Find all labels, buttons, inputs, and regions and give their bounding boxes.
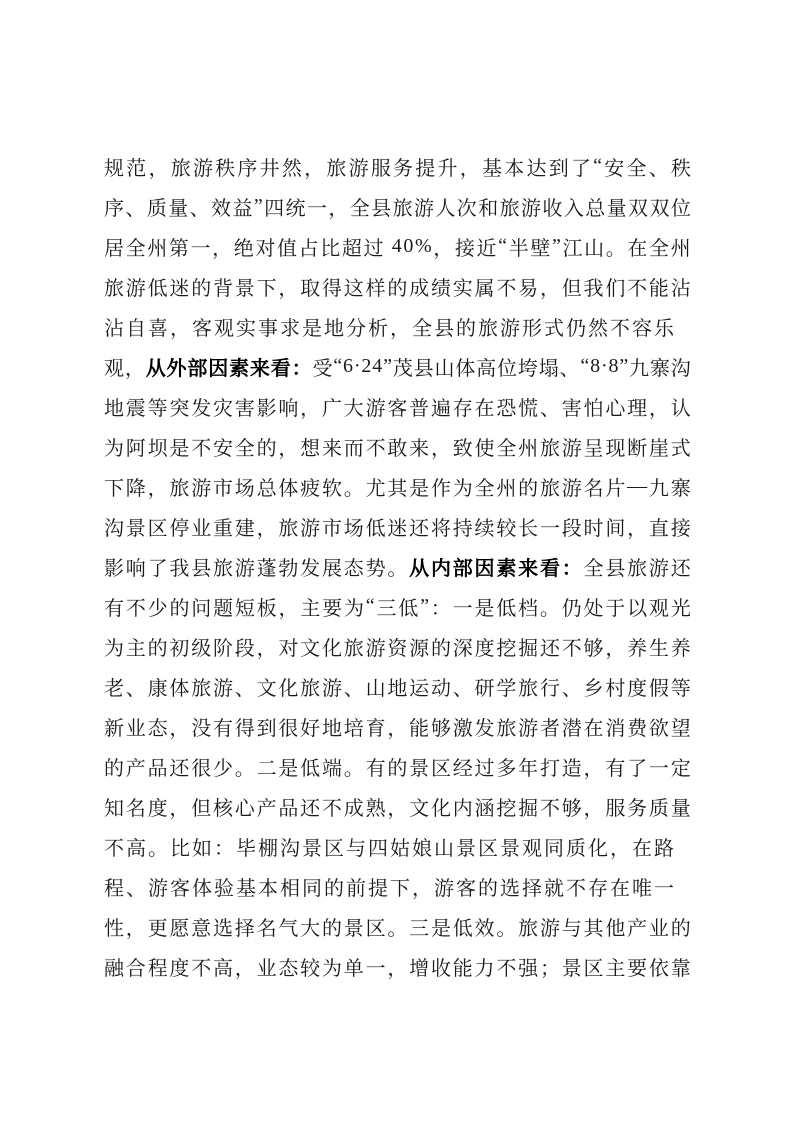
body-char: 熟 — [366, 792, 386, 821]
body-char: 光 — [671, 592, 691, 621]
body-char: 的 — [169, 592, 189, 621]
body-char: ， — [328, 192, 348, 221]
body-char: 不 — [540, 792, 560, 821]
body-char: 4 — [372, 355, 382, 378]
body-char: 档 — [518, 592, 538, 621]
body-char: 量 — [168, 192, 188, 221]
body-char: 涵 — [475, 792, 495, 821]
body-char: 旅 — [171, 152, 191, 181]
body-char: ， — [300, 392, 320, 421]
body-char: 但 — [191, 792, 211, 821]
body-char: 望 — [671, 712, 691, 741]
body-char: 不 — [627, 272, 647, 301]
body-char: 续 — [475, 512, 495, 541]
body-char: 秩 — [215, 152, 235, 181]
body-char: 不 — [496, 272, 516, 301]
body-char: 全 — [584, 552, 604, 581]
body-char: “ — [333, 355, 342, 378]
body-char: 发 — [300, 552, 320, 581]
body-char: 主 — [126, 632, 146, 661]
body-char: 慌 — [518, 392, 538, 421]
body-char: ， — [387, 952, 407, 981]
body-char: 、 — [126, 672, 146, 701]
body-char: 。 — [235, 752, 255, 781]
body-char: 客 — [387, 392, 407, 421]
emphasis-char: 从 — [409, 552, 429, 581]
body-char: 题 — [213, 592, 233, 621]
body-char: 沟 — [280, 832, 300, 861]
text-line: 沾自喜，客观实事求是地分析，全县的旅游形式仍然不容乐 — [104, 306, 691, 346]
body-char: 就 — [544, 872, 564, 901]
body-char: 业 — [126, 712, 146, 741]
body-char: 一 — [540, 512, 560, 541]
body-char: 旅 — [104, 272, 124, 301]
body-char: 的 — [324, 872, 344, 901]
body-char: 全 — [235, 432, 255, 461]
text-line: 为阿坝是不安全的，想来而不敢来，致使全州旅游呈现断崖式 — [104, 426, 691, 466]
body-char: 打 — [540, 752, 560, 781]
body-char: 融 — [104, 952, 124, 981]
emphasis-char: 从 — [146, 352, 166, 381]
body-char: 三 — [376, 592, 396, 621]
body-char: 人 — [435, 192, 455, 221]
body-char: 源 — [409, 632, 429, 661]
body-char: 将 — [431, 512, 451, 541]
body-char: 沾 — [671, 272, 691, 301]
body-char: 愿 — [169, 912, 189, 941]
body-char: 软 — [322, 472, 342, 501]
body-char: 体 — [169, 672, 189, 701]
body-char: 得 — [235, 712, 255, 741]
body-char: 年 — [518, 752, 538, 781]
body-char: 实 — [453, 272, 473, 301]
body-char: 能 — [409, 712, 429, 741]
body-char: 旅 — [169, 472, 189, 501]
body-char: 运 — [409, 672, 429, 701]
body-char: 观 — [522, 832, 542, 861]
body-char: ， — [278, 432, 298, 461]
body-char: 培 — [344, 712, 364, 741]
body-char: ， — [169, 792, 189, 821]
body-char: 游 — [500, 312, 520, 341]
body-char: 山 — [434, 352, 454, 381]
body-char: 低 — [453, 912, 473, 941]
body-char: 。 — [344, 472, 364, 501]
body-char: ： — [214, 832, 234, 861]
body-char: 属 — [475, 272, 495, 301]
body-char: 游 — [540, 912, 560, 941]
body-char: 然 — [588, 312, 608, 341]
body-char: 沟 — [671, 352, 691, 381]
body-char: 、 — [562, 672, 582, 701]
body-char: 观 — [214, 312, 234, 341]
body-char: 同 — [544, 832, 564, 861]
body-char: 基 — [482, 152, 502, 181]
body-char: 的 — [387, 752, 407, 781]
body-char: 路 — [654, 832, 674, 861]
body-char: 旅 — [627, 552, 647, 581]
body-char: 不 — [322, 792, 342, 821]
body-char: 我 — [169, 552, 189, 581]
body-char: 呈 — [584, 432, 604, 461]
body-char: 乡 — [584, 672, 604, 701]
body-char: 比 — [170, 832, 190, 861]
body-char: 塌 — [539, 352, 559, 381]
body-char: 2 — [361, 355, 371, 378]
body-char: 够 — [584, 632, 604, 661]
body-char: 寨 — [671, 472, 691, 501]
body-char: 能 — [649, 272, 669, 301]
body-char: 是 — [474, 592, 494, 621]
body-char: 形 — [522, 312, 542, 341]
body-char: 姑 — [390, 832, 410, 861]
body-char: 服 — [371, 152, 391, 181]
body-char: 求 — [280, 312, 300, 341]
body-char: 区 — [324, 832, 344, 861]
body-char: 州 — [147, 232, 167, 261]
body-char: 超 — [342, 232, 362, 261]
body-char: 作 — [431, 472, 451, 501]
body-char: 新 — [104, 712, 124, 741]
text-line: 程、游客体验基本相同的前提下，游客的选择就不存在唯一 — [104, 866, 691, 906]
body-char: 老 — [104, 672, 124, 701]
emphasis-char: 来 — [518, 552, 538, 581]
body-char: 存 — [453, 392, 473, 421]
emphasis-char: 看 — [540, 552, 560, 581]
body-char: ， — [212, 232, 232, 261]
body-char: 是 — [169, 432, 189, 461]
body-char: 低 — [366, 512, 386, 541]
body-char: 而 — [344, 432, 364, 461]
body-char: 择 — [235, 912, 255, 941]
body-char: 到 — [257, 712, 277, 741]
body-char: 体 — [278, 472, 298, 501]
body-char: ， — [148, 152, 168, 181]
body-char: 建 — [235, 512, 255, 541]
body-char: 名 — [257, 912, 277, 941]
body-char: 取 — [300, 272, 320, 301]
body-char: 很 — [191, 752, 211, 781]
body-char: 为 — [104, 432, 124, 461]
body-char: 认 — [671, 392, 691, 421]
body-char: 九 — [649, 472, 669, 501]
body-char: 景 — [456, 832, 476, 861]
body-char: 度 — [148, 792, 168, 821]
body-char: 场 — [344, 512, 364, 541]
body-char: 高 — [213, 952, 233, 981]
body-char: 式 — [544, 312, 564, 341]
body-char: 突 — [169, 392, 189, 421]
body-char: 来 — [409, 432, 429, 461]
emphasis-char: 部 — [453, 552, 473, 581]
body-char: 值 — [277, 232, 297, 261]
body-char: 的 — [671, 912, 691, 941]
body-char: 灾 — [213, 392, 233, 421]
emphasis-char: 素 — [496, 552, 516, 581]
body-char: 位 — [671, 192, 691, 221]
body-char: 景 — [409, 752, 429, 781]
body-char: 发 — [191, 392, 211, 421]
body-char: 游 — [148, 872, 168, 901]
body-char: 学 — [496, 672, 516, 701]
body-char: 来 — [322, 432, 342, 461]
body-char: ， — [540, 272, 560, 301]
body-char: 心 — [235, 792, 255, 821]
body-char: 大 — [344, 392, 364, 421]
body-char: 行 — [540, 672, 560, 701]
body-char: 对 — [278, 632, 298, 661]
text-line: 沟景区停业重建，旅游市场低迷还将持续较长一段时间，直接 — [104, 506, 691, 546]
body-char: 、 — [540, 392, 560, 421]
body-char: ， — [610, 832, 630, 861]
body-char: 自 — [126, 312, 146, 341]
body-char: 效 — [211, 192, 231, 221]
body-char: 的 — [148, 632, 168, 661]
body-char: ， — [235, 952, 255, 981]
body-char: 。 — [496, 912, 516, 941]
body-char: 游 — [521, 192, 541, 221]
body-char: 有 — [605, 752, 625, 781]
emphasis-char: 来 — [250, 352, 270, 381]
body-char: 、 — [649, 152, 669, 181]
body-char: 质 — [147, 192, 167, 221]
body-char: 断 — [627, 432, 647, 461]
body-char: 地 — [387, 672, 407, 701]
body-char: 产 — [257, 792, 277, 821]
body-char: 九 — [629, 352, 649, 381]
body-char: 势 — [366, 552, 386, 581]
body-char: 村 — [605, 672, 625, 701]
body-char: 样 — [366, 272, 386, 301]
body-char: 养 — [627, 632, 647, 661]
body-char: 县 — [605, 552, 625, 581]
body-char: 靠 — [671, 952, 691, 981]
body-char: 了 — [627, 752, 647, 781]
body-char: 能 — [453, 952, 473, 981]
body-char: 害 — [562, 392, 582, 421]
text-line: 影响了我县旅游蓬勃发展态势。从内部因素来看：全县旅游还 — [104, 546, 691, 586]
body-char: 够 — [562, 792, 582, 821]
body-char: 旅 — [300, 672, 320, 701]
body-char: ， — [125, 352, 145, 381]
body-char: 。 — [387, 912, 407, 941]
body-char: 存 — [588, 872, 608, 901]
body-char: 、 — [235, 672, 255, 701]
body-char: 效 — [475, 912, 495, 941]
body-char: 成 — [344, 792, 364, 821]
body-char: 态 — [278, 952, 298, 981]
body-char: 4 — [392, 235, 402, 258]
body-char: 、 — [453, 672, 473, 701]
body-char: 主 — [605, 952, 625, 981]
body-char: 响 — [126, 552, 146, 581]
body-char: 处 — [583, 592, 603, 621]
body-char: 前 — [346, 872, 366, 901]
body-char: 依 — [649, 952, 669, 981]
body-char: 、 — [126, 872, 146, 901]
body-char: ， — [257, 512, 277, 541]
body-char: 江 — [562, 232, 582, 261]
body-char: 游 — [562, 432, 582, 461]
body-char: 棚 — [258, 832, 278, 861]
body-char: 短 — [235, 592, 255, 621]
body-char: 客 — [192, 312, 212, 341]
body-char: 观 — [104, 352, 124, 381]
body-char: 山 — [434, 832, 454, 861]
body-char: 半 — [509, 232, 529, 261]
body-char: 不 — [496, 952, 516, 981]
body-char: “ — [580, 355, 589, 378]
body-char: 激 — [453, 712, 473, 741]
body-char: 一 — [453, 592, 473, 621]
body-char: 度 — [169, 952, 189, 981]
body-char: 生 — [649, 632, 669, 661]
emphasis-char: 因 — [475, 552, 495, 581]
body-char: 养 — [671, 632, 691, 661]
body-char: 态 — [148, 712, 168, 741]
body-char: 假 — [649, 672, 669, 701]
body-char: 的 — [387, 272, 407, 301]
emphasis-char: 看 — [271, 352, 291, 381]
document-page: 规范，旅游秩序井然，旅游服务提升，基本达到了“安全、秩序、质量、效益”四统一，全… — [0, 0, 793, 1122]
body-char: 经 — [453, 752, 473, 781]
body-char: 质 — [566, 832, 586, 861]
body-char: 仍 — [562, 592, 582, 621]
body-char: 接 — [671, 512, 691, 541]
body-char: 范 — [126, 152, 146, 181]
body-char: 选 — [500, 872, 520, 901]
body-char: 深 — [453, 632, 473, 661]
body-char: 山 — [584, 232, 604, 261]
body-char: 产 — [627, 912, 647, 941]
body-char: 低 — [496, 592, 516, 621]
body-char: 阶 — [213, 632, 233, 661]
body-char: 游 — [213, 672, 233, 701]
body-char: 游 — [349, 152, 369, 181]
body-char: 秩 — [671, 152, 691, 181]
body-char: 低 — [148, 272, 168, 301]
body-char: 全 — [627, 152, 647, 181]
body-char: 下 — [390, 872, 410, 901]
body-char: 山 — [366, 672, 386, 701]
body-char: 全 — [496, 432, 516, 461]
body-char: 全 — [412, 312, 432, 341]
body-char: 到 — [549, 152, 569, 181]
text-line: 不高。比如：毕棚沟景区与四姑娘山景区景观同质化，在路 — [104, 826, 691, 866]
body-char: 量 — [671, 792, 691, 821]
body-char: 同 — [302, 872, 322, 901]
body-char: 体 — [192, 872, 212, 901]
body-char: 合 — [126, 952, 146, 981]
body-char: 不 — [562, 632, 582, 661]
body-char: 恐 — [496, 392, 516, 421]
body-char: 州 — [496, 472, 516, 501]
body-char: 居 — [104, 232, 124, 261]
body-char: 市 — [322, 512, 342, 541]
body-char: 安 — [213, 432, 233, 461]
body-char: 入 — [564, 192, 584, 221]
body-char: 析 — [368, 312, 388, 341]
body-char: 是 — [409, 472, 429, 501]
body-char: 游 — [518, 712, 538, 741]
body-char: 不 — [610, 312, 630, 341]
body-char: 影 — [104, 552, 124, 581]
body-char: 为 — [344, 592, 364, 621]
body-char: 旅 — [540, 432, 560, 461]
body-char: 实 — [236, 312, 256, 341]
body-char: 不 — [126, 592, 146, 621]
body-char: 收 — [542, 192, 562, 221]
body-char: 接 — [455, 232, 475, 261]
body-char: 尤 — [366, 472, 386, 501]
body-char: 旅 — [213, 552, 233, 581]
body-char: ， — [412, 872, 432, 901]
body-char: 单 — [344, 952, 364, 981]
body-char: 的 — [456, 312, 476, 341]
body-char: 怕 — [584, 392, 604, 421]
body-char: 得 — [322, 272, 342, 301]
text-line: 观，从外部因素来看：受“6·24”茂县山体高位垮塌、“8·8”九寨沟 — [104, 346, 691, 386]
body-char: 位 — [497, 352, 517, 381]
body-char: 客 — [456, 872, 476, 901]
body-char: 问 — [191, 592, 211, 621]
body-char: ， — [627, 512, 647, 541]
body-char: 全 — [649, 232, 669, 261]
body-char: 基 — [236, 872, 256, 901]
body-char: 序 — [104, 192, 124, 221]
emphasis-char: ： — [292, 352, 312, 381]
body-char: 在 — [610, 872, 630, 901]
body-char: 我 — [584, 272, 604, 301]
body-char: 景 — [126, 512, 146, 541]
text-line: 老、康体旅游、文化旅游、山地运动、研学旅行、乡村度假等 — [104, 666, 691, 706]
body-char: 旅 — [500, 192, 520, 221]
body-char: 了 — [571, 152, 591, 181]
body-char: 务 — [627, 792, 647, 821]
emphasis-char: 外 — [167, 352, 187, 381]
body-char: 游 — [235, 552, 255, 581]
body-char: 还 — [409, 512, 429, 541]
body-char: 很 — [278, 712, 298, 741]
body-char: 安 — [604, 152, 624, 181]
body-char: 不 — [366, 432, 386, 461]
body-char: 研 — [475, 672, 495, 701]
body-char: 态 — [344, 552, 364, 581]
body-char: 本 — [504, 152, 524, 181]
body-char: 名 — [126, 792, 146, 821]
body-char: 但 — [562, 272, 582, 301]
body-char: 过 — [364, 232, 384, 261]
body-char: 受 — [312, 352, 332, 381]
body-char: 近 — [477, 232, 497, 261]
text-line: 下降，旅游市场总体疲软。尤其是作为全州的旅游名片—九寨 — [104, 466, 691, 506]
body-char: 程 — [148, 952, 168, 981]
body-char: ， — [390, 312, 410, 341]
body-char: ， — [169, 712, 189, 741]
body-char: 四 — [368, 832, 388, 861]
body-char: 长 — [518, 512, 538, 541]
body-char: 害 — [235, 392, 255, 421]
body-char: 使 — [475, 432, 495, 461]
body-char: 市 — [213, 472, 233, 501]
body-char: ： — [431, 592, 451, 621]
body-char: 敢 — [387, 432, 407, 461]
body-char: 还 — [540, 632, 560, 661]
body-char: 游 — [193, 152, 213, 181]
text-line: 规范，旅游秩序井然，旅游服务提升，基本达到了“安全、秩 — [104, 146, 691, 186]
body-char: 比 — [320, 232, 340, 261]
body-char: 有 — [104, 592, 124, 621]
